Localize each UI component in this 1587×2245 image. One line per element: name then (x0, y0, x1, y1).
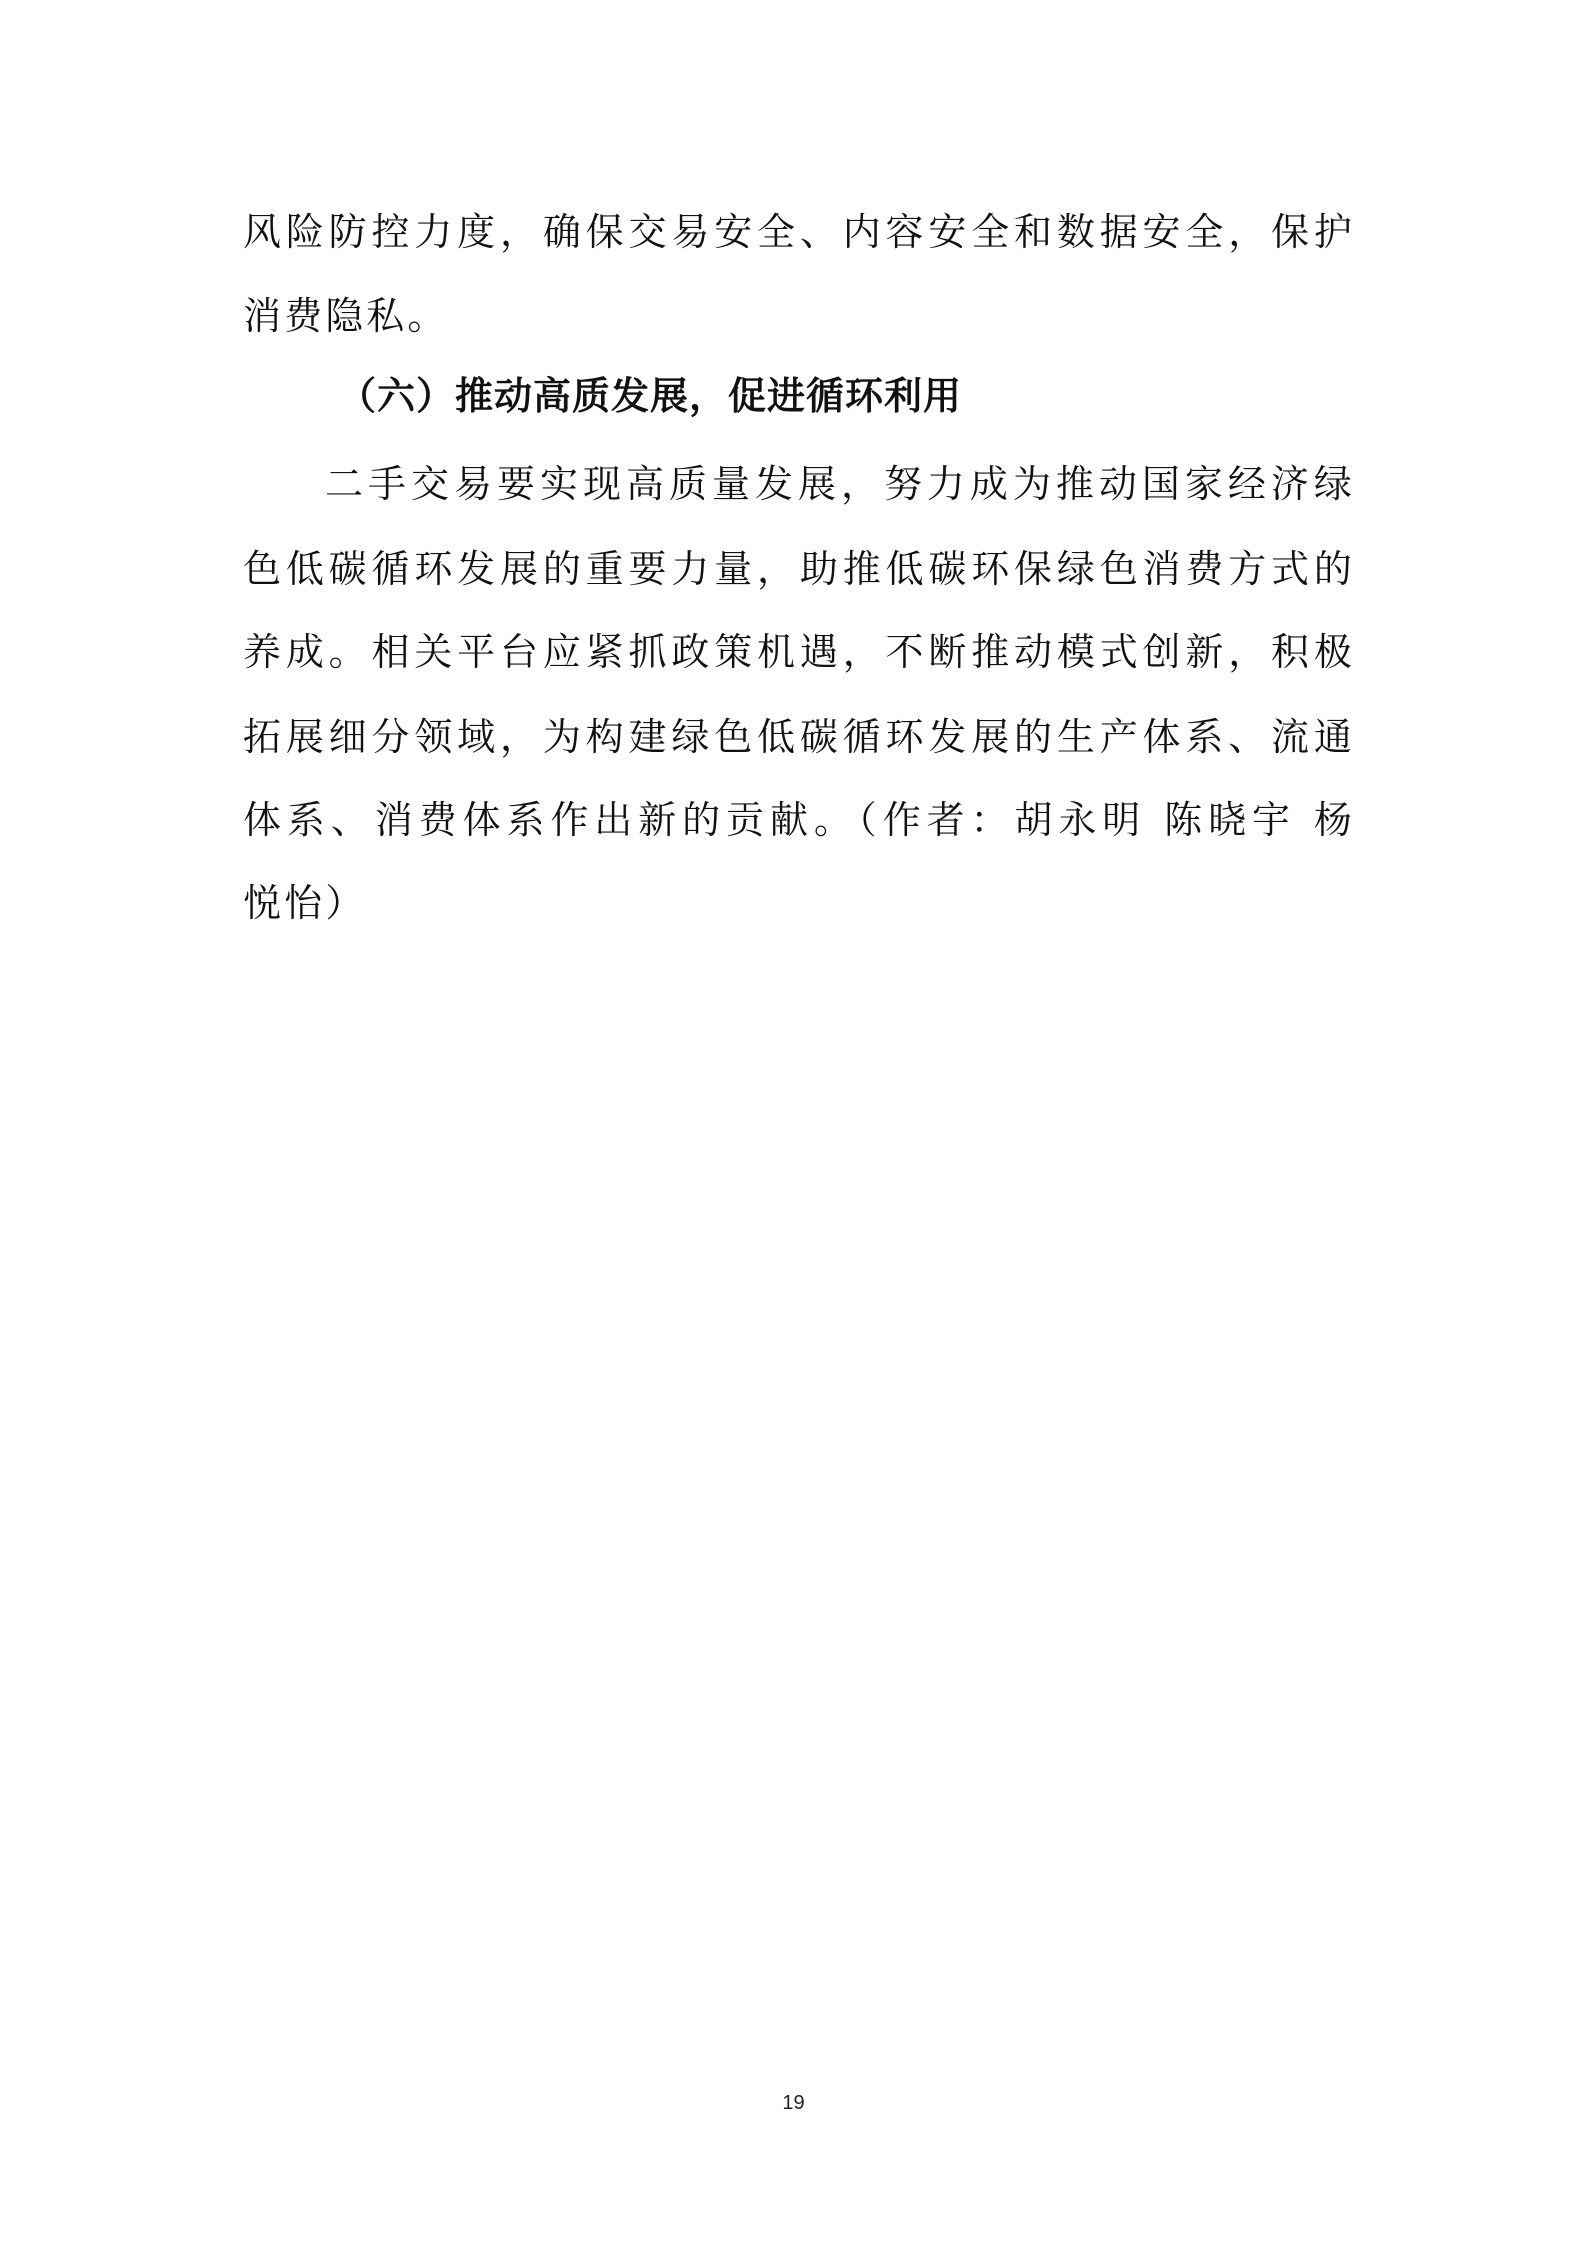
body-text-line: 体系、消费体系作出新的贡献。（作者：胡永明 陈晓宇 杨 (243, 796, 1355, 844)
section-heading: （六）推动高质发展，促进循环利用 (338, 372, 962, 420)
body-text-line: 消费隐私。 (243, 292, 1355, 340)
document-page: 风险防控力度，确保交易安全、内容安全和数据安全，保护 消费隐私。 （六）推动高质… (0, 0, 1587, 2245)
body-text-line: 悦怡） (243, 879, 1355, 927)
body-text-line: 二手交易要实现高质量发展，努力成为推动国家经济绿 (325, 460, 1355, 508)
page-number: 19 (0, 2092, 1587, 2115)
body-text-line: 风险防控力度，确保交易安全、内容安全和数据安全，保护 (243, 208, 1355, 256)
body-text-line: 养成。相关平台应紧抓政策机遇，不断推动模式创新，积极 (243, 628, 1355, 676)
body-text-line: 色低碳循环发展的重要力量，助推低碳环保绿色消费方式的 (243, 545, 1355, 593)
body-text-line: 拓展细分领域，为构建绿色低碳循环发展的生产体系、流通 (243, 713, 1355, 761)
